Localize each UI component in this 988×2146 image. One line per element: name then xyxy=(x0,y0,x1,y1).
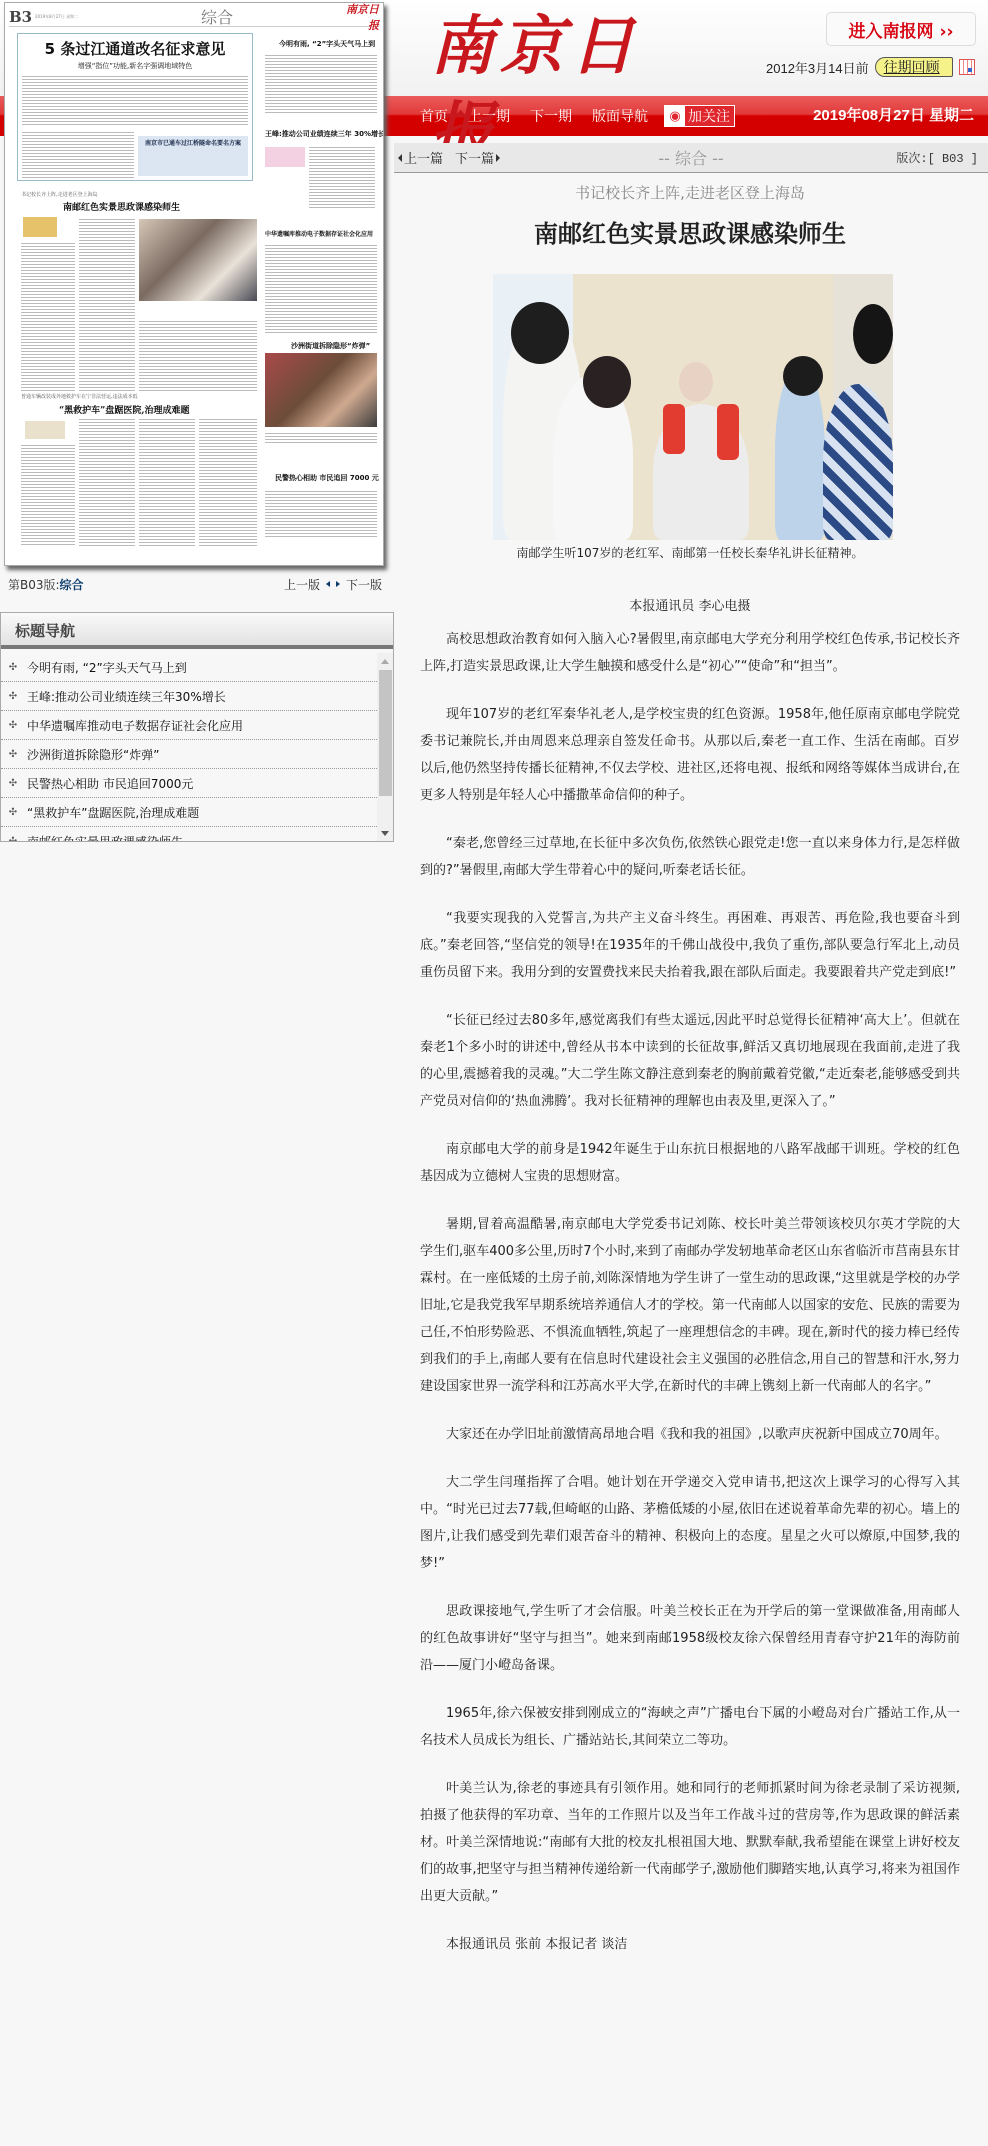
photo-figure xyxy=(853,304,893,364)
title-list-scrollbar[interactable] xyxy=(377,653,393,841)
title-item-label: 中华遗嘱库推动电子数据存证社会化应用 xyxy=(27,717,243,734)
thumbnail-badge xyxy=(23,217,57,237)
right-arrow-icon xyxy=(496,154,500,162)
thumbnail-text-block xyxy=(265,243,377,333)
paragraph: 叶美兰认为,徐老的事迹具有引领作用。她和同行的老师抓紧时间为徐老录制了采访视频,… xyxy=(420,1775,960,1910)
scroll-down-arrow-icon[interactable] xyxy=(377,825,393,841)
thumbnail-text-block xyxy=(21,443,75,547)
paragraph: “我要实现我的入党誓言,为共产主义奋斗终生。再困难、再艰苦、再危险,我也要奋斗到… xyxy=(420,905,960,986)
title-item-label: 民警热心相助 市民追回7000元 xyxy=(27,775,193,792)
byline: 本报通讯员 张前 本报记者 谈洁 xyxy=(420,1931,960,1958)
paragraph: “秦老,您曾经三过草地,在长征中多次负伤,依然铁心跟党走!您一直以来身体力行,是… xyxy=(420,830,960,884)
top-nav: 首页 上一期 下一期 版面导航 ◉ 加关注 xyxy=(410,96,735,136)
thumbnail-low-title[interactable]: “黑救护车”盘踞医院,治理成难题 xyxy=(59,403,190,416)
paragraph: 暑期,冒着高温酷暑,南京邮电大学党委书记刘陈、校长叶美兰带领该校贝尔英才学院的大… xyxy=(420,1211,960,1400)
title-item-label: “黑救护车”盘踞医院,治理成难题 xyxy=(27,804,199,821)
scrollbar-thumb[interactable] xyxy=(379,670,392,796)
current-edition-prefix: 第B03版: xyxy=(8,578,60,592)
bullet-icon: ✣ xyxy=(7,749,19,760)
thumbnail-text-block xyxy=(22,74,248,126)
thumbnail-text-block xyxy=(265,489,377,539)
thumbnail-story-3[interactable]: 中华遗嘱库推动电子数据存证社会化应用 xyxy=(265,229,373,238)
photo-figure xyxy=(823,384,893,540)
nav-page-navigation[interactable]: 版面导航 xyxy=(582,106,658,126)
thumbnail-lead-title: 5 条过江通道改名征求意见 xyxy=(18,38,252,59)
thumbnail-mid-title[interactable]: 南邮红色实景思政课感染师生 xyxy=(63,200,180,213)
title-item[interactable]: ✣南邮红色实景思政课感染师生 xyxy=(1,827,377,841)
issue-date: 2019年08月27日 星期二 xyxy=(813,96,974,136)
bullet-icon: ✣ xyxy=(7,778,19,789)
title-list[interactable]: ✣今明有雨, “2”字头天气马上到 ✣王峰:推动公司业绩连续三年30%增长 ✣中… xyxy=(1,653,377,841)
thumbnail-text-block xyxy=(79,417,135,547)
title-navigation-heading: 标题导航 xyxy=(1,613,393,649)
previous-article-label: 上一篇 xyxy=(404,148,443,167)
archive-button[interactable]: 往期回顾 xyxy=(875,57,953,77)
article-photo xyxy=(493,274,893,540)
article-subtitle: 书记校长齐上阵,走进老区登上海岛 xyxy=(420,182,960,204)
paragraph: 大二学生闫瑾指挥了合唱。她计划在开学递交入党申请书,把这次上课学习的心得写入其中… xyxy=(420,1469,960,1577)
thumbnail-photo-demolition xyxy=(265,353,377,427)
thumbnail-text-block xyxy=(265,431,377,445)
weibo-icon: ◉ xyxy=(665,106,685,126)
title-item[interactable]: ✣民警热心相助 市民追回7000元 xyxy=(1,769,377,798)
photo-figure xyxy=(717,404,739,460)
archive-row: 2012年3月14日前 往期回顾 xyxy=(766,56,975,78)
edition-label: 版次:[ B03 ] xyxy=(896,149,978,166)
photo-credit: 本报通讯员 李心电摄 xyxy=(420,593,960,620)
thumbnail-table-title: 南京市已通车过江桥隧命名要名方案 xyxy=(138,138,248,147)
thumbnail-text-block xyxy=(22,130,134,178)
article-nav-bar: 上一篇 下一篇 -- 综合 -- 版次:[ B03 ] xyxy=(394,143,988,173)
title-item[interactable]: ✣今明有雨, “2”字头天气马上到 xyxy=(1,653,377,682)
weibo-follow-label: 加关注 xyxy=(685,106,734,126)
title-item-label: 沙洲街道拆除隐形“炸弹” xyxy=(27,746,159,763)
thumbnail-lead-story[interactable]: 5 条过江通道改名征求意见 增强“指位”功能,新名字强调地域特色 南京市已通车过… xyxy=(17,33,253,181)
paragraph: 现年107岁的老红军秦华礼老人,是学校宝贵的红色资源。1958年,他任原南京邮电… xyxy=(420,701,960,809)
photo-figure xyxy=(663,404,685,454)
bullet-icon: ✣ xyxy=(7,807,19,818)
title-item[interactable]: ✣王峰:推动公司业绩连续三年30%增长 xyxy=(1,682,377,711)
current-edition: 第B03版:综合 xyxy=(8,576,84,593)
thumbnail-story-2[interactable]: 王峰:推动公司业绩连续三年 30%增长 xyxy=(265,129,384,139)
thumbnail-section: 综合 xyxy=(95,5,339,28)
paragraph: 思政课接地气,学生听了才会信服。叶美兰校长正在为开学后的第一堂课做准备,用南邮人… xyxy=(420,1598,960,1679)
thumbnail-text-block xyxy=(139,319,257,391)
photo-caption: 南邮学生听107岁的老红军、南邮第一任校长秦华礼讲长征精神。 xyxy=(420,544,960,561)
title-item-label: 今明有雨, “2”字头天气马上到 xyxy=(27,659,187,676)
nav-next-issue[interactable]: 下一期 xyxy=(520,106,582,126)
calendar-icon[interactable] xyxy=(959,59,975,75)
nav-home[interactable]: 首页 xyxy=(410,106,458,126)
title-item-label: 南邮红色实景思政课感染师生 xyxy=(27,833,183,842)
page-thumbnail[interactable]: B3 2019年8月27日 星期二 综合 南京日报 5 条过江通道改名征求意见 … xyxy=(4,2,384,566)
title-item-label: 王峰:推动公司业绩连续三年30%增长 xyxy=(27,688,226,705)
thumbnail-story-4[interactable]: 沙洲街道拆除隐形“炸弹” xyxy=(291,341,370,351)
paragraph: 南京邮电大学的前身是1942年诞生于山东抗日根据地的八路军战邮干训班。学校的红色… xyxy=(420,1136,960,1190)
thumbnail-photo-students xyxy=(139,219,257,301)
article-body: 本报通讯员 李心电摄 高校思想政治教育如何入脑入心?暑假里,南京邮电大学充分利用… xyxy=(420,593,960,1979)
next-article-link[interactable]: 下一篇 xyxy=(455,148,500,167)
photo-figure xyxy=(583,356,631,408)
enter-site-button[interactable]: 进入南报网 ›› xyxy=(826,12,976,46)
photo-figure xyxy=(511,302,569,364)
thumbnail-table: 南京市已通车过江桥隧命名要名方案 xyxy=(138,136,248,176)
thumbnail-reporter-badge xyxy=(25,421,65,439)
bullet-icon: ✣ xyxy=(7,662,19,673)
archive-button-label: 往期回顾 xyxy=(884,59,940,75)
thumbnail-logo: 南京日报 xyxy=(339,2,379,33)
photo-figure xyxy=(679,362,713,402)
left-arrow-icon xyxy=(398,154,402,162)
thumbnail-text-block xyxy=(199,417,257,547)
bullet-icon: ✣ xyxy=(7,691,19,702)
thumbnail-story-5[interactable]: 民警热心相助 市民追回 7000 元 xyxy=(275,473,379,483)
thumbnail-ad-graphic xyxy=(265,147,305,167)
article-headline: 南邮红色实景思政课感染师生 xyxy=(420,214,960,248)
thumbnail-text-block xyxy=(79,217,135,391)
paragraph: 1965年,徐六保被安排到刚成立的“海峡之声”广播电台下属的小嶝岛对台广播站工作… xyxy=(420,1700,960,1754)
thumbnail-text-block xyxy=(139,417,195,547)
scroll-up-arrow-icon[interactable] xyxy=(377,653,393,669)
title-navigation-panel: 标题导航 ✣今明有雨, “2”字头天气马上到 ✣王峰:推动公司业绩连续三年30%… xyxy=(0,612,394,842)
archive-prefix: 2012年3月14日前 xyxy=(766,58,869,77)
next-edition-link[interactable]: 下一版 xyxy=(346,576,382,593)
paragraph: 大家还在办学旧址前激情高昂地合唱《我和我的祖国》,以歌声庆祝新中国成立70周年。 xyxy=(420,1421,960,1448)
previous-edition-link[interactable]: 上一版 xyxy=(284,576,320,593)
previous-article-link[interactable]: 上一篇 xyxy=(398,148,443,167)
thumbnail-mid-kicker: 书记校长齐上阵,走进老区登上海岛 xyxy=(21,191,98,198)
thumbnail-low-kicker: 普通车辆改装成外地救护车在宁非法营运,违法成本低 xyxy=(21,393,138,400)
bullet-icon: ✣ xyxy=(7,720,19,731)
paragraph: “长征已经过去80多年,感觉离我们有些太遥远,因此平时总觉得长征精神‘高大上’。… xyxy=(420,1007,960,1115)
title-item[interactable]: ✣中华遗嘱库推动电子数据存证社会化应用 xyxy=(1,711,377,740)
thumbnail-meta: 2019年8月27日 星期二 xyxy=(35,14,95,19)
thumbnail-text-block xyxy=(21,241,75,391)
thumbnail-text-block xyxy=(309,145,375,209)
paragraph: 高校思想政治教育如何入脑入心?暑假里,南京邮电大学充分利用学校红色传承,书记校长… xyxy=(420,626,960,680)
photo-figure xyxy=(783,356,823,396)
title-item[interactable]: ✣“黑救护车”盘踞医院,治理成难题 xyxy=(1,798,377,827)
thumbnail-story-1[interactable]: 今明有雨, “2”字头天气马上到 xyxy=(279,39,375,49)
next-article-label: 下一篇 xyxy=(455,148,494,167)
newspaper-logo[interactable]: 南京日报 xyxy=(430,4,650,90)
thumbnail-header: B3 2019年8月27日 星期二 综合 南京日报 xyxy=(9,7,379,27)
current-edition-name[interactable]: 综合 xyxy=(60,578,84,592)
edition-row: 第B03版:综合 上一版 下一版 xyxy=(8,574,382,594)
bullet-icon: ✣ xyxy=(7,836,19,842)
nav-previous-issue[interactable]: 上一期 xyxy=(458,106,520,126)
thumbnail-lead-sub: 增强“指位”功能,新名字强调地域特色 xyxy=(18,61,252,71)
thumbnail-text-block xyxy=(265,53,377,113)
title-item[interactable]: ✣沙洲街道拆除隐形“炸弹” xyxy=(1,740,377,769)
weibo-follow-button[interactable]: ◉ 加关注 xyxy=(664,105,735,127)
thumbnail-page-number: B3 xyxy=(9,8,35,26)
right-arrow-icon[interactable] xyxy=(336,581,340,587)
article: 书记校长齐上阵,走进老区登上海岛 南邮红色实景思政课感染师生 南邮学生听107岁… xyxy=(420,178,960,248)
left-arrow-icon[interactable] xyxy=(326,581,330,587)
